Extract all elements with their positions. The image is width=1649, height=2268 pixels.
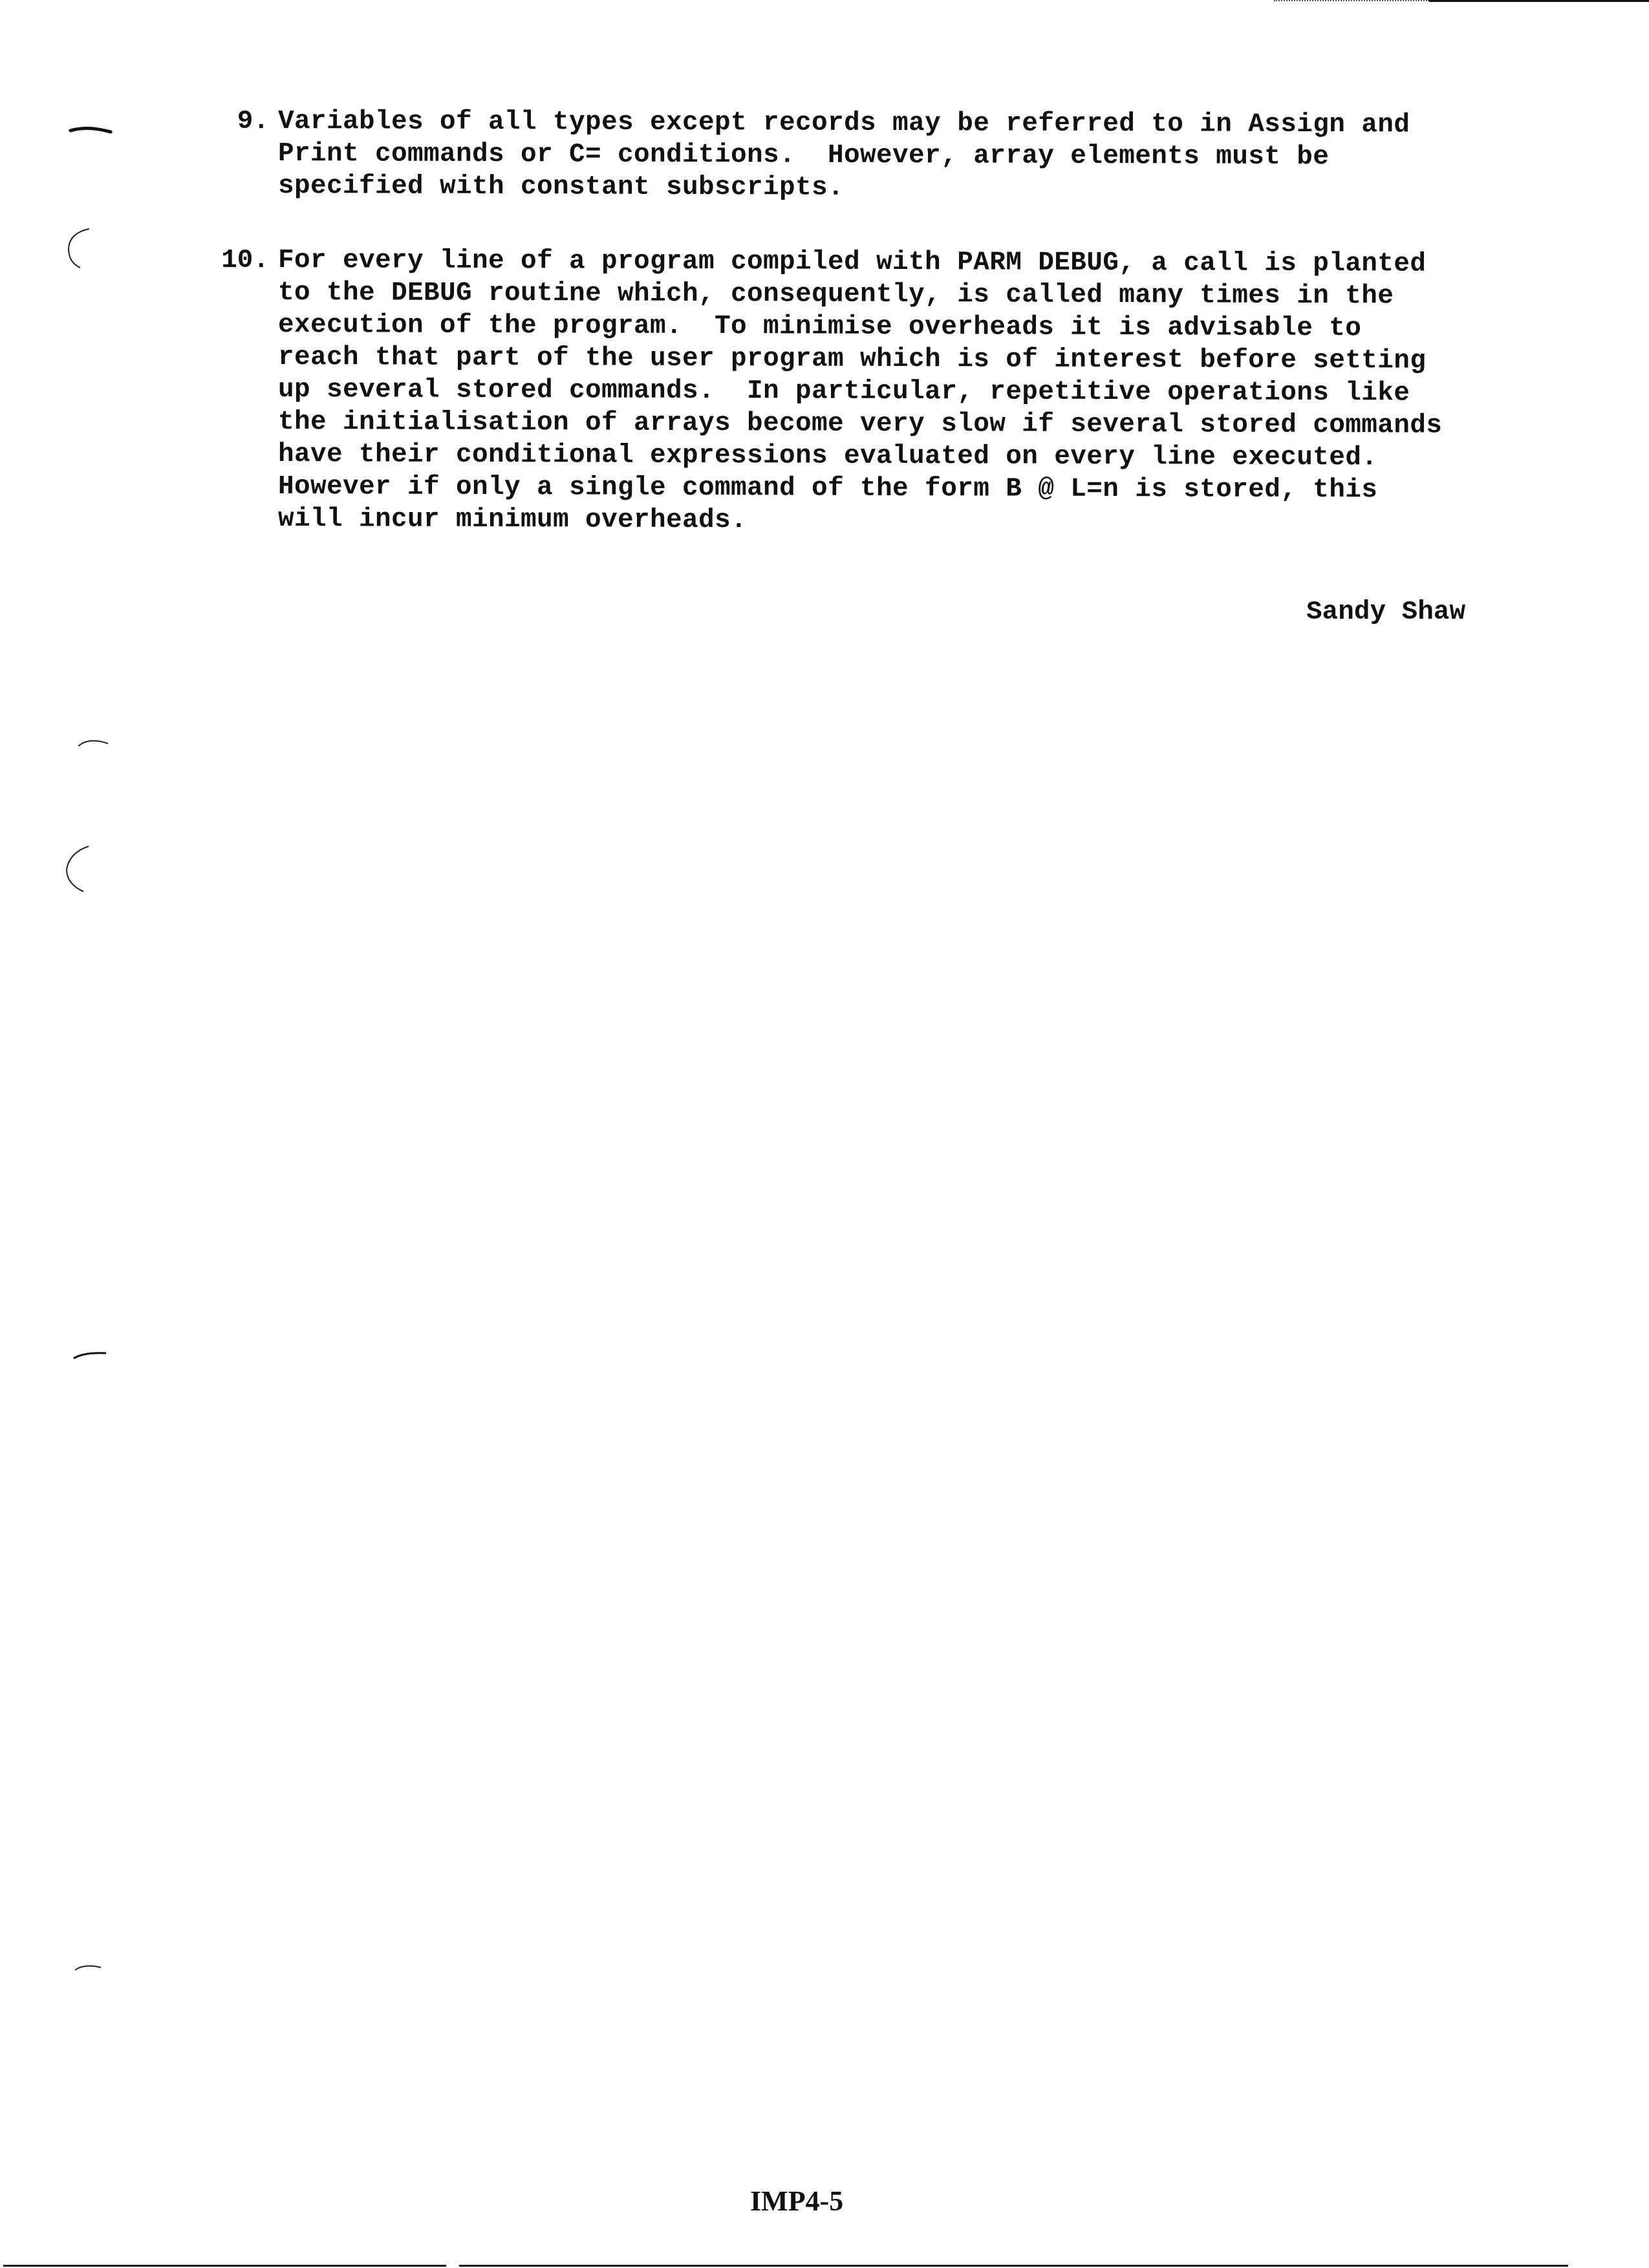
text-line: Variables of all types except records ma… (278, 105, 1410, 141)
binder-mark-dash-icon (68, 123, 113, 136)
item-text: For every line of a program compiled wit… (278, 244, 1442, 535)
binder-mark-dash-icon (71, 1348, 110, 1361)
scan-edge-rule-gap (446, 2263, 459, 2268)
scan-edge-rule-top (1429, 0, 1649, 2)
text-line: For every line of a program compiled wit… (278, 244, 1442, 281)
item-text: Variables of all types except records ma… (278, 105, 1410, 202)
item-number: 9. (213, 105, 269, 138)
text-line: to the DEBUG routine which, consequently… (278, 277, 1442, 313)
text-line: will incur minimum overheads. (278, 503, 1442, 539)
text-line: the initialisation of arrays become very… (278, 406, 1442, 442)
document-page: 9. Variables of all types except records… (0, 0, 1649, 2268)
page-number: IMP4-5 (750, 2185, 843, 2218)
text-line: specified with constant subscripts. (278, 170, 1410, 206)
text-line: However if only a single command of the … (278, 471, 1442, 507)
text-line: reach that part of the user program whic… (278, 341, 1442, 378)
text-line: execution of the program. To minimise ov… (278, 309, 1442, 345)
binder-mark-dash-icon (72, 1962, 105, 1973)
scan-edge-dots-top (1274, 0, 1429, 3)
binder-hole-arc-icon (61, 844, 100, 895)
text-line: Print commands or C= conditions. However… (278, 138, 1410, 173)
text-line: have their conditional expressions evalu… (278, 438, 1442, 475)
item-number: 10. (213, 244, 269, 277)
scan-edge-rule-bottom (3, 2265, 1568, 2267)
binder-hole-arc-icon (74, 736, 113, 749)
binder-hole-arc-icon (63, 226, 102, 272)
text-line: up several stored commands. In particula… (278, 374, 1442, 410)
author-signature: Sandy Shaw (1306, 596, 1465, 628)
